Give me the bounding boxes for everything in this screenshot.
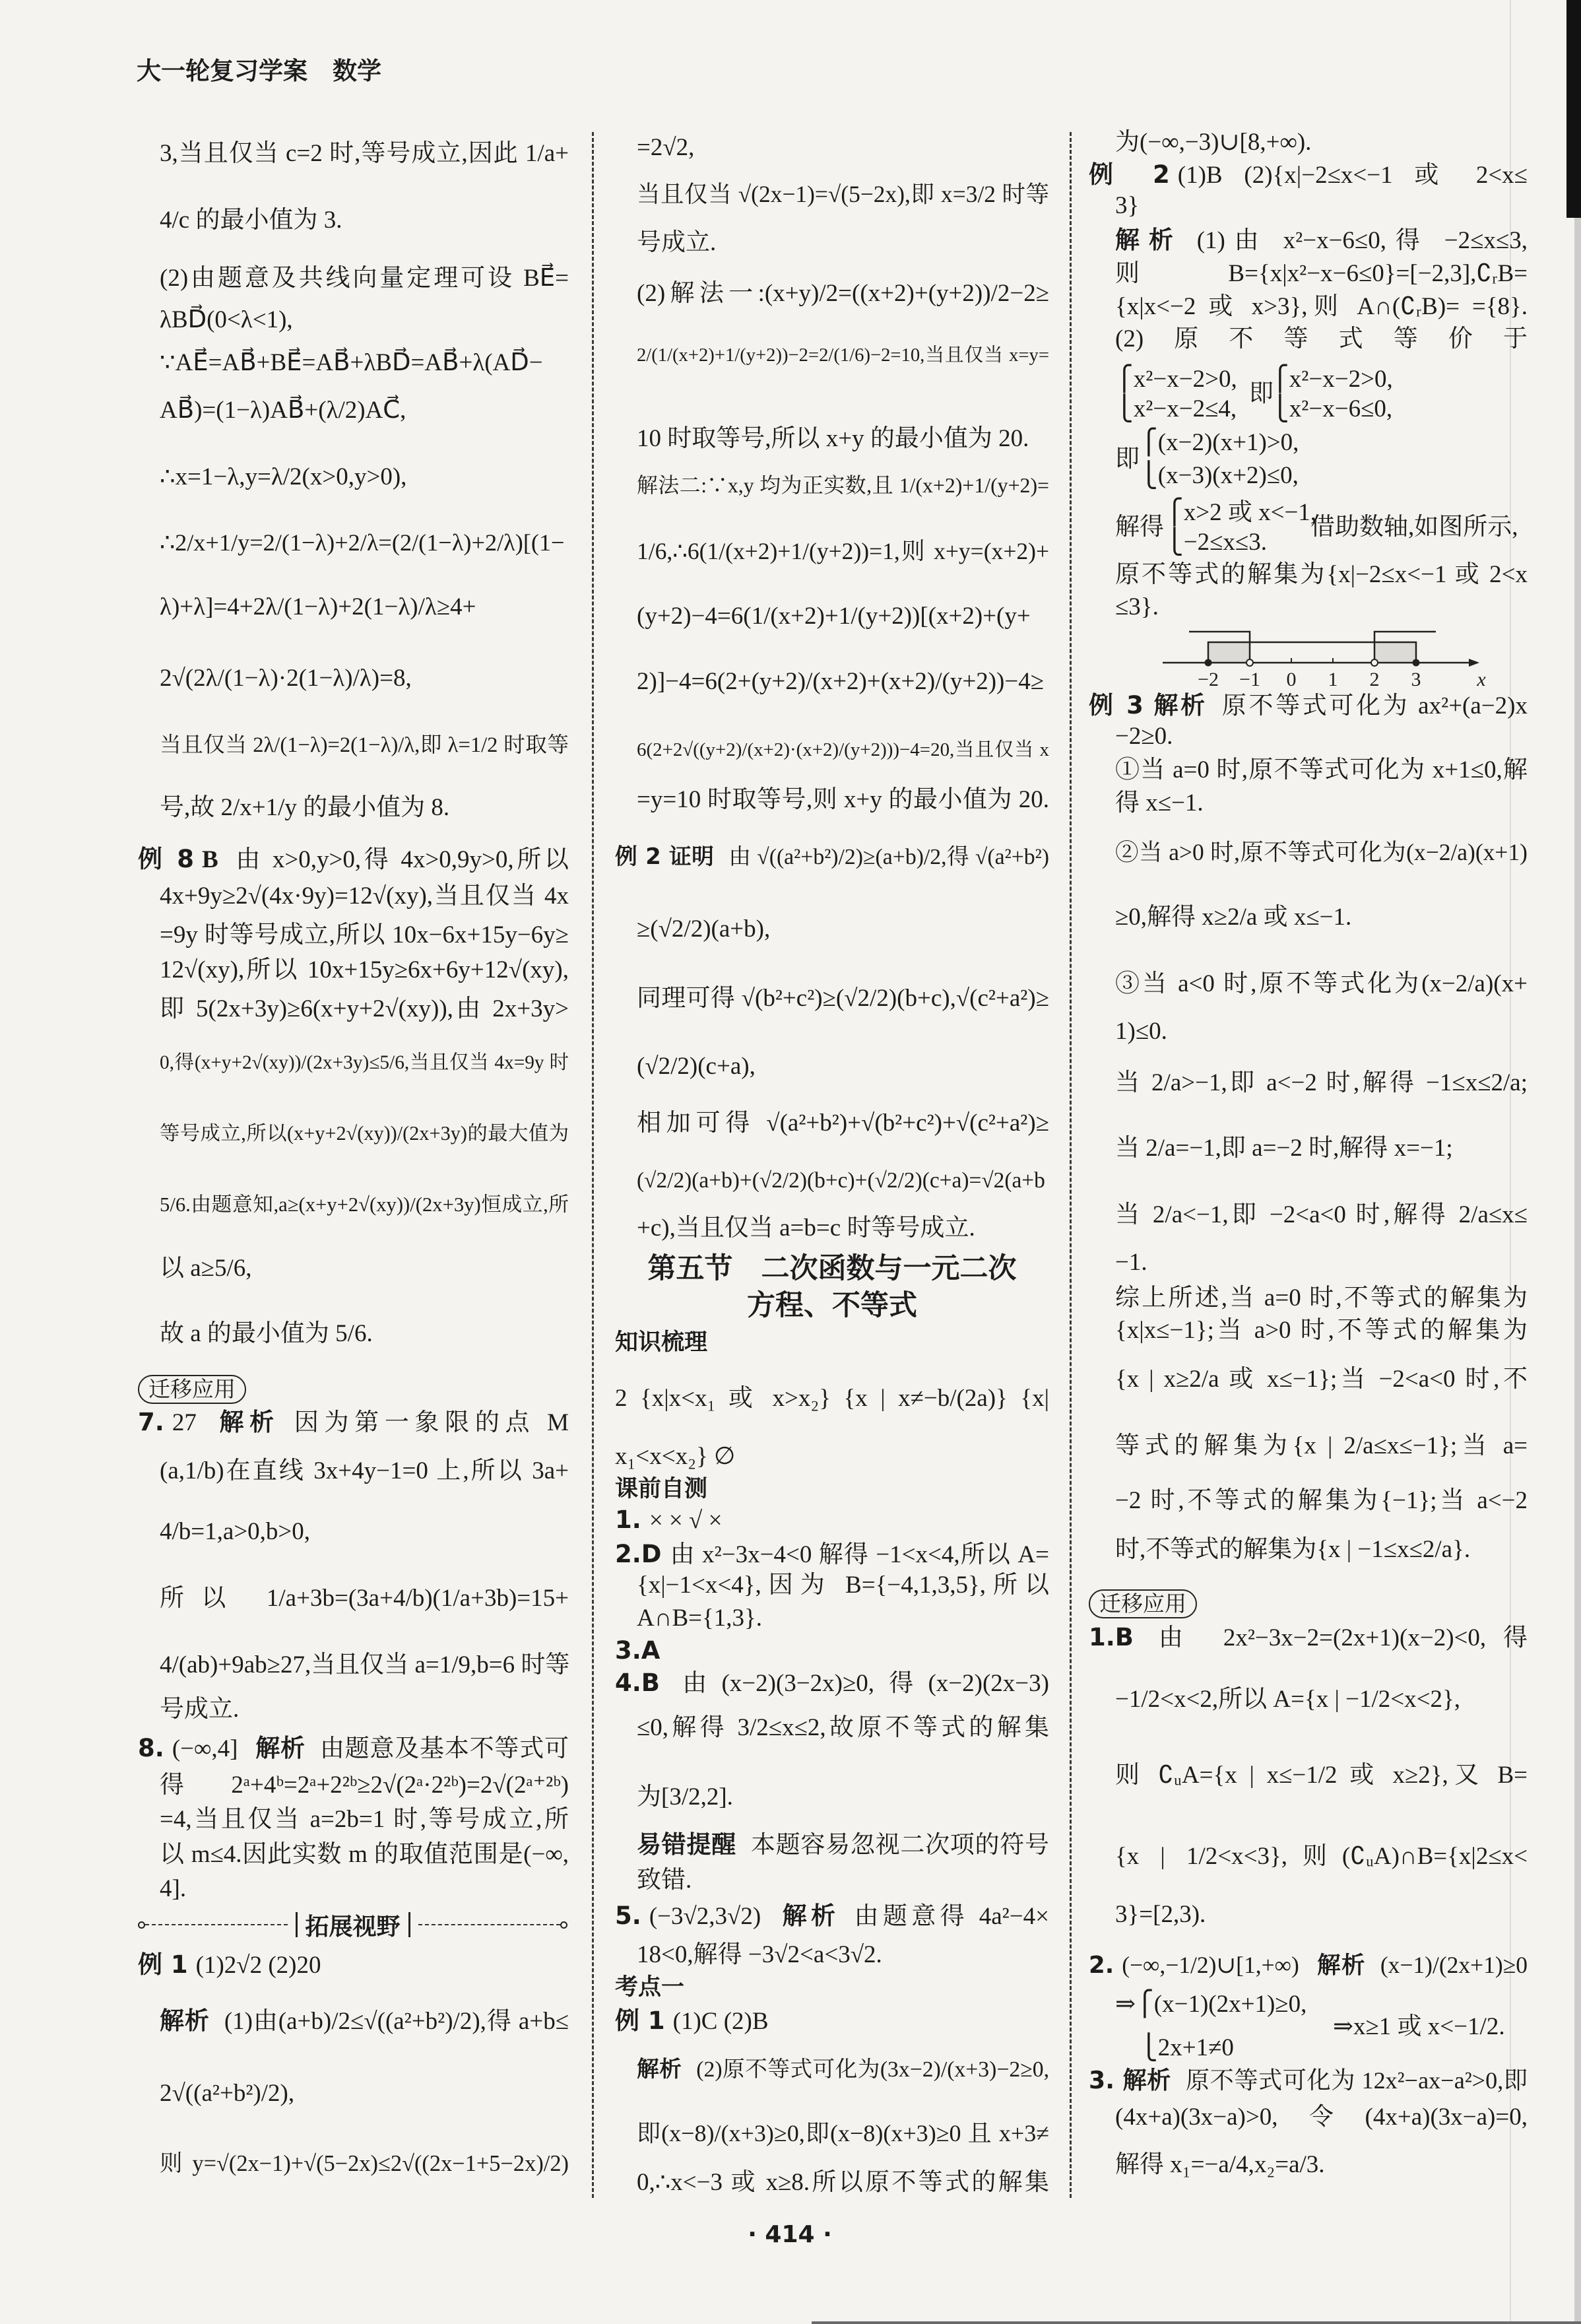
text-line: 得 x≤−1. bbox=[1115, 785, 1528, 821]
line-text: 由 x²−3x−4<0 解得 −1<x<4,所以 A= bbox=[670, 1541, 1049, 1568]
analysis-tag: 解析 bbox=[778, 1902, 839, 1930]
item-label: 7. bbox=[138, 1408, 164, 1436]
inequality-system-row: ⎧(x−2)(x+1)>0, bbox=[1140, 425, 1299, 461]
text-fragment: 解得 bbox=[1115, 510, 1164, 545]
item-label: 例 2 bbox=[615, 844, 661, 869]
error-reminder-tag: 易错提醒 bbox=[637, 1830, 736, 1859]
text-line: ③当 a<0 时,原不等式化为(x−2/a)(x+ bbox=[1115, 966, 1528, 1002]
text-line: 则 B={x|x²−x−6≤0}=[−2,3],∁ᵣB= bbox=[1115, 256, 1528, 292]
text-line: ∴x=1−λ,y=λ/2(x>0,y>0), bbox=[160, 459, 569, 495]
line-text: × × √ × bbox=[649, 1507, 723, 1534]
text-line: ①当 a=0 时,原不等式可化为 x+1≤0,解 bbox=[1115, 752, 1528, 788]
text-line: 6(2+2√((y+2)/(x+2)·(x+2)/(y+2)))−4=20,当且… bbox=[637, 732, 1049, 768]
text-line: (4x+a)(3x−a)>0,令(4x+a)(3x−a)=0, bbox=[1115, 2100, 1528, 2135]
line-text: 本题容易忽视二次项的符号 bbox=[751, 1832, 1049, 1859]
text-line: 当且仅当 2λ/(1−λ)=2(1−λ)/λ,即 λ=1/2 时取等 bbox=[160, 727, 569, 763]
text-line: =y=10 时取等号,则 x+y 的最小值为 20. bbox=[637, 782, 1049, 818]
text-line: 1)≤0. bbox=[1115, 1014, 1528, 1049]
item-label: 例 1 bbox=[615, 2007, 665, 2035]
line-text: 由 2x²−3x−2=(2x+1)(x−2)<0,得 bbox=[1142, 1624, 1528, 1651]
analysis-tag: 解析 bbox=[1122, 2066, 1171, 2094]
text-line: 3}=[2,3). bbox=[1115, 1897, 1528, 1933]
answer: B bbox=[202, 846, 218, 873]
text-line: 18<0,解得 −3√2<a<3√2. bbox=[637, 1937, 1049, 1973]
text-line: 则 y=√(2x−1)+√(5−2x)≤2√((2x−1+5−2x)/2) bbox=[160, 2146, 569, 2181]
text-line: 4]. bbox=[160, 1871, 569, 1907]
text-line: 故 a 的最小值为 5/6. bbox=[160, 1316, 569, 1352]
answer-line: 2.(−∞,−1/2)∪[1,+∞)解析(x−1)/(2x+1)≥0 bbox=[1089, 1947, 1528, 1983]
text-line: (2)由题意及共线向量定理可设 BE⃗= bbox=[160, 261, 569, 296]
text-line: +c),当且仅当 a=b=c 时等号成立. bbox=[637, 1211, 1049, 1246]
text-fragment: ⇒x≥1 或 x<−1/2. bbox=[1333, 2009, 1505, 2045]
line-text: (x−1)/(2x+1)≥0 bbox=[1380, 1952, 1528, 1978]
text-line: 同理可得 √(b²+c²)≥(√2/2)(b+c),√(c²+a²)≥ bbox=[637, 981, 1049, 1016]
line-text: 原不等式可化为 ax²+(a−2)x bbox=[1222, 692, 1528, 719]
inequality-system-row: ⇒⎧(x−1)(2x+1)≥0, bbox=[1115, 1987, 1307, 2022]
answer-line: 例 1(1)C (2)B bbox=[615, 2003, 1049, 2039]
text-line: 2√((a²+b²)/2), bbox=[160, 2076, 569, 2111]
answer-line: 7.27解析因为第一象限的点 M bbox=[138, 1405, 569, 1440]
answer-line: 1.× × √ × bbox=[615, 1502, 1049, 1538]
item-label: 1.B bbox=[1089, 1623, 1134, 1651]
text-line: 号成立. bbox=[160, 1692, 569, 1727]
answer-line: 易错提醒本题容易忽视二次项的符号 bbox=[637, 1827, 1049, 1863]
text-line: 为[3/2,2]. bbox=[637, 1779, 1049, 1815]
open-point-icon bbox=[1246, 659, 1253, 666]
axis-arrow-icon bbox=[1469, 659, 1479, 667]
text-line: 致错. bbox=[637, 1863, 1049, 1898]
text-line: (a,1/b)在直线 3x+4y−1=0 上,所以 3a+ bbox=[160, 1453, 569, 1489]
analysis-tag: 解析 bbox=[1115, 226, 1182, 254]
text-line: 4/(ab)+9ab≥27,当且仅当 a=1/9,b=6 时等 bbox=[160, 1647, 569, 1683]
item-label: 4.B bbox=[615, 1669, 660, 1697]
text-line: A∩B={1,3}. bbox=[637, 1601, 1049, 1636]
inequality-system-row: ⎩x²−x−2≤4, bbox=[1115, 391, 1237, 427]
divider-end-circle bbox=[560, 1921, 567, 1929]
text-line: 0,∴x<−3 或 x≥8.所以原不等式的解集 bbox=[637, 2165, 1049, 2201]
text-line: =2√2, bbox=[637, 130, 1049, 166]
expand-horizon-divider: 拓展视野 bbox=[138, 1910, 567, 1939]
answer-line: 例 3解析原不等式可化为 ax²+(a−2)x bbox=[1089, 688, 1528, 723]
text-line: 当 2/a>−1,即 a<−2 时,解得 −1≤x≤2/a; bbox=[1115, 1065, 1528, 1101]
text-line: (2)解法一:(x+y)/2=((x+2)+(y+2))/2−2≥ bbox=[637, 276, 1049, 312]
proof-tag: 证明 bbox=[669, 844, 715, 869]
inequality-system-row: ⎩(x−3)(x+2)≤0, bbox=[1140, 458, 1299, 494]
transfer-application-badge: 迁移应用 bbox=[138, 1375, 246, 1404]
text-line: 号成立. bbox=[637, 225, 1049, 261]
solution-shading bbox=[1208, 642, 1250, 663]
divider-dashed-line bbox=[145, 1924, 288, 1925]
text-line: 时,不等式的解集为{x | −1≤x≤2/a}. bbox=[1115, 1532, 1528, 1568]
section-title: 方程、不等式 bbox=[615, 1288, 1049, 1323]
answer: 27 bbox=[172, 1409, 197, 1436]
inequality-system-row: ⎩−2≤x≤3. bbox=[1165, 525, 1267, 560]
text-line: 得 2ᵃ+4ᵇ=2ᵃ+2²ᵇ≥2√(2ᵃ·2²ᵇ)=2√(2ᵃ⁺²ᵇ) bbox=[160, 1768, 569, 1803]
answer-line: 2.D由 x²−3x−4<0 解得 −1<x<4,所以 A= bbox=[615, 1537, 1049, 1572]
section-title: 第五节 二次函数与一元二次 bbox=[615, 1251, 1049, 1286]
analysis-tag: 解析 bbox=[1316, 1952, 1366, 1979]
line-text: 由(x−2)(3−2x)≥0,得(x−2)(2x−3) bbox=[668, 1670, 1049, 1697]
line-text: (1)由 x²−x−6≤0,得 −2≤x≤3, bbox=[1197, 227, 1528, 254]
text-fragment: 借助数轴,如图所示, bbox=[1310, 510, 1518, 545]
subsection-heading: 课前自测 bbox=[615, 1471, 1049, 1507]
answer-line: 4.B由(x−2)(3−2x)≥0,得(x−2)(2x−3) bbox=[615, 1665, 1049, 1701]
text-line: =9y 时等号成立,所以 10x−6x+15y−6y≥ bbox=[160, 917, 569, 953]
open-point-icon bbox=[1371, 659, 1378, 666]
item-label: 例 1 bbox=[138, 1950, 188, 1979]
answer-line: 5.(−3√2,3√2)解析由题意得 4a²−4× bbox=[615, 1898, 1049, 1934]
subsection-heading: 知识梳理 bbox=[615, 1325, 1049, 1360]
column-left: 3,当且仅当 c=2 时,等号成立,因此 1/a+ 4/c 的最小值为 3. (… bbox=[138, 0, 569, 2324]
answer: (−∞,−1/2)∪[1,+∞) bbox=[1122, 1952, 1299, 1978]
line-text: (1)B (2){x|−2≤x<−1 或 2<x≤ bbox=[1178, 162, 1528, 189]
text-fragment: 即 bbox=[1115, 442, 1140, 477]
text-line: 2/(1/(x+2)+1/(y+2))−2=2/(1/6)−2=10,当且仅当 … bbox=[637, 338, 1049, 374]
answer-line: 3.解析原不等式可化为 12x²−ax−a²>0,即 bbox=[1089, 2063, 1528, 2098]
text-line: 4/c 的最小值为 3. bbox=[160, 203, 569, 238]
text-line: (√2/2)(c+a), bbox=[637, 1049, 1049, 1084]
line-text: (1)2√2 (2)20 bbox=[196, 1952, 321, 1979]
text-line: ∵AE⃗=AB⃗+BE⃗=AB⃗+λBD⃗=AB⃗+λ(AD⃗− bbox=[160, 345, 569, 381]
line-text: 原不等式可化为 12x²−ax−a²>0,即 bbox=[1186, 2067, 1528, 2094]
inequality-system-row: ⎩x²−x−6≤0, bbox=[1271, 391, 1392, 427]
item-label: 8. bbox=[138, 1734, 164, 1762]
text-fragment: 即 bbox=[1249, 376, 1274, 412]
text-line: 原不等式的解集为{x|−2≤x<−1 或 2<x bbox=[1115, 557, 1528, 593]
text-line: ≤0,解得 3/2≤x≤2,故原不等式的解集 bbox=[637, 1710, 1049, 1746]
answer-line: 解析(1)由 x²−x−6≤0,得 −2≤x≤3, bbox=[1115, 222, 1528, 258]
text-line: −2 时,不等式的解集为{−1};当 a<−2 bbox=[1115, 1483, 1528, 1519]
text-line: 2√(2λ/(1−λ)·2(1−λ)/λ)=8, bbox=[160, 661, 569, 696]
text-line: 以 a≥5/6, bbox=[160, 1251, 569, 1286]
text-line: {x|−1<x<4},因为 B={−4,1,3,5},所以 bbox=[637, 1568, 1049, 1603]
column-right: 为(−∞,−3)∪[8,+∞). 例 2(1)B (2){x|−2≤x<−1 或… bbox=[1089, 0, 1528, 2324]
answer-line: 例 8B由 x>0,y>0,得 4x>0,9y>0,所以 bbox=[138, 842, 569, 877]
page-number: · 414 · bbox=[691, 2219, 889, 2251]
text-line: 3} bbox=[1115, 188, 1528, 224]
line-text: 由 x>0,y>0,得 4x>0,9y>0,所以 bbox=[233, 846, 569, 873]
text-line: 为(−∞,−3)∪[8,+∞). bbox=[1115, 125, 1528, 160]
answer-line: 1.B由 2x²−3x−2=(2x+1)(x−2)<0,得 bbox=[1089, 1620, 1528, 1655]
line-text: (1)由(a+b)/2≤√((a²+b²)/2),得 a+b≤ bbox=[224, 2008, 569, 2035]
text-line: λBD⃗(0<λ<1), bbox=[160, 302, 569, 338]
inequality-system-row: ⎩2x+1≠0 bbox=[1140, 2030, 1234, 2066]
analysis-tag: 解析 bbox=[1151, 691, 1208, 719]
text-line: −1/2<x<2,所以 A={x | −1/2<x<2}, bbox=[1115, 1682, 1528, 1717]
text-line: ②当 a>0 时,原不等式可化为(x−2/a)(x+1) bbox=[1115, 834, 1528, 870]
item-label: 3. bbox=[1089, 2066, 1114, 2094]
text-line: 综上所述,当 a=0 时,不等式的解集为 bbox=[1115, 1280, 1528, 1316]
text-line: 4/b=1,a>0,b>0, bbox=[160, 1514, 569, 1550]
text-line: =4,当且仅当 a=2b=1 时,等号成立,所 bbox=[160, 1802, 569, 1838]
divider-bar bbox=[296, 1912, 298, 1937]
subsection-heading: 考点一 bbox=[615, 1970, 1049, 2005]
text-line: 12√(xy),所以 10x+15y≥6x+6y+12√(xy), bbox=[160, 952, 569, 988]
divider-bar bbox=[408, 1912, 410, 1937]
line-text: (1)C (2)B bbox=[673, 2008, 769, 2035]
answer: (−∞,4] bbox=[172, 1735, 238, 1762]
text-line: ≥0,解得 x≥2/a 或 x≤−1. bbox=[1115, 900, 1528, 935]
item-label: 例 2 bbox=[1089, 160, 1170, 189]
item-label: 例 3 bbox=[1089, 691, 1144, 719]
divider-label: 拓展视野 bbox=[306, 1908, 401, 1942]
item-label: 3.A bbox=[615, 1636, 660, 1665]
number-line-diagram: −2 −1 0 1 2 3 x bbox=[1148, 617, 1504, 693]
answer-line: 解析(1)由(a+b)/2≤√((a²+b²)/2),得 a+b≤ bbox=[160, 2003, 569, 2039]
text-line: AB⃗)=(1−λ)AB⃗+(λ/2)AC⃗, bbox=[160, 393, 569, 428]
text-line: (√2/2)(a+b)+(√2/2)(b+c)+(√2/2)(c+a)=√2(a… bbox=[637, 1163, 1049, 1199]
line-text: 因为第一象限的点 M bbox=[294, 1409, 569, 1436]
answer: (−3√2,3√2) bbox=[649, 1903, 761, 1930]
column-separator bbox=[1070, 132, 1072, 2198]
answer-line: 8.(−∞,4]解析由题意及基本不等式可 bbox=[138, 1731, 569, 1766]
text-line: ∴2/x+1/y=2/(1−λ)+2/λ=(2/(1−λ)+2/λ)[(1− bbox=[160, 525, 569, 560]
divider-dashed-line bbox=[418, 1924, 561, 1925]
answer-line: 3.A bbox=[615, 1633, 1049, 1669]
answer-line: 解析(2)原不等式可化为(3x−2)/(x+3)−2≥0, bbox=[637, 2051, 1049, 2087]
text-line: 号,故 2/x+1/y 的最小值为 8. bbox=[160, 790, 569, 826]
text-line: 1/6,∴6(1/(x+2)+1/(y+2))=1,则 x+y=(x+2)+ bbox=[637, 533, 1049, 569]
text-line: 5/6.由题意知,a≥(x+y+2√(xy))/(2x+3y)恒成立,所 bbox=[160, 1187, 569, 1222]
page: 大一轮复习学案数学 3,当且仅当 c=2 时,等号成立,因此 1/a+ 4/c … bbox=[0, 0, 1581, 2324]
item-label: 1. bbox=[615, 1506, 641, 1534]
scan-edge-strip bbox=[1574, 218, 1581, 2324]
text-line: 解法二:∵x,y 均为正实数,且 1/(x+2)+1/(y+2)= bbox=[637, 468, 1049, 504]
text-line: 2)]−4=6(2+(y+2)/(x+2)+(x+2)/(y+2))−4≥ bbox=[637, 664, 1049, 700]
text-line: 当 2/a=−1,即 a=−2 时,解得 x=−1; bbox=[1115, 1131, 1528, 1166]
text-line: 当且仅当 √(2x−1)=√(5−2x),即 x=3/2 时等 bbox=[637, 176, 1049, 212]
closed-point-icon bbox=[1413, 659, 1420, 667]
column-separator bbox=[592, 132, 594, 2198]
text-line: 3,当且仅当 c=2 时,等号成立,因此 1/a+ bbox=[160, 136, 569, 172]
text-line: −2≥0. bbox=[1115, 719, 1528, 754]
text-line: 2 {x|x<x₁ 或 x>x₂} {x | x≠−b/(2a)} {x| bbox=[615, 1381, 1049, 1416]
analysis-tag: 解析 bbox=[255, 1734, 305, 1762]
line-text: 由题意得 4a²−4× bbox=[854, 1903, 1049, 1930]
text-line: (y+2)−4=6(1/(x+2)+1/(y+2))[(x+2)+(y+ bbox=[637, 599, 1049, 634]
text-line: 等式的解集为{x | 2/a≤x≤−1};当 a= bbox=[1115, 1428, 1528, 1464]
text-line: 10 时取等号,所以 x+y 的最小值为 20. bbox=[637, 421, 1049, 457]
analysis-tag: 解析 bbox=[214, 1408, 280, 1436]
text-line: 当 2/a<−1,即 −2<a<0 时,解得 2/a≤x≤ bbox=[1115, 1197, 1528, 1233]
analysis-tag: 解析 bbox=[160, 2007, 210, 2035]
line-text: (2)原不等式可化为(3x−2)/(x+3)−2≥0, bbox=[696, 2057, 1049, 2082]
transfer-application-badge: 迁移应用 bbox=[1089, 1589, 1197, 1618]
answer-line: 例 2(1)B (2){x|−2≤x<−1 或 2<x≤ bbox=[1089, 157, 1528, 193]
text-line: λ)+λ]=4+2λ/(1−λ)+2(1−λ)/λ≥4+ bbox=[160, 589, 569, 625]
text-line: 则 ∁ᵤA={x | x≤−1/2 或 x≥2},又 B= bbox=[1115, 1758, 1528, 1793]
text-line: 0,得(x+y+2√(xy))/(2x+3y)≤5/6,当且仅当 4x=9y 时 bbox=[160, 1045, 569, 1080]
text-line: 即 5(2x+3y)≥6(x+y+2√(xy)),由 2x+3y> bbox=[160, 991, 569, 1027]
answer-line: 例 1(1)2√2 (2)20 bbox=[138, 1947, 569, 1983]
text-line: 即(x−8)/(x+3)≥0,即(x−8)(x+3)≥0 且 x+3≠ bbox=[637, 2115, 1049, 2151]
text-line: {x | x≥2/a 或 x≤−1};当 −2<a<0 时,不 bbox=[1115, 1362, 1528, 1397]
text-line: {x|x<−2 或 x>3},则 A∩(∁ᵣB)= ={8}. bbox=[1115, 289, 1528, 325]
text-line: 以 m≤4.因此实数 m 的取值范围是(−∞, bbox=[160, 1837, 569, 1873]
column-middle: =2√2, 当且仅当 √(2x−1)=√(5−2x),即 x=3/2 时等 号成… bbox=[615, 0, 1049, 2324]
item-label: 2. bbox=[1089, 1952, 1114, 1979]
closed-point-icon bbox=[1205, 659, 1212, 667]
text-line: x₁<x<x₂} ∅ bbox=[615, 1439, 1049, 1475]
solution-shading bbox=[1374, 642, 1416, 663]
line-text: 由 √((a²+b²)/2)≥(a+b)/2,得 √(a²+b²) bbox=[728, 845, 1049, 869]
text-line: 相加可得 √(a²+b²)+√(b²+c²)+√(c²+a²)≥ bbox=[637, 1106, 1049, 1141]
text-line: 等号成立,所以(x+y+2√(xy))/(2x+3y)的最大值为 bbox=[160, 1115, 569, 1151]
text-line: 解得 x₁=−a/4,x₂=a/3. bbox=[1115, 2147, 1528, 2183]
divider-end-circle bbox=[138, 1921, 145, 1929]
text-line: {x|x≤−1};当 a>0 时,不等式的解集为 bbox=[1115, 1313, 1528, 1348]
text-line: 所以 1/a+3b=(3a+4/b)(1/a+3b)=15+ bbox=[160, 1581, 569, 1616]
text-line: ≥(√2/2)(a+b), bbox=[637, 912, 1049, 947]
text-line: 4x+9y≥2√(4x·9y)=12√(xy),当且仅当 4x bbox=[160, 879, 569, 914]
text-line: {x | 1/2<x<3},则(∁ᵤA)∩B={x|2≤x< bbox=[1115, 1839, 1528, 1875]
item-label: 2.D bbox=[615, 1540, 662, 1568]
analysis-tag: 解析 bbox=[637, 2056, 682, 2082]
item-label: 例 8 bbox=[138, 845, 194, 873]
text-line: −1. bbox=[1115, 1245, 1528, 1280]
scan-edge-shadow bbox=[1566, 0, 1581, 218]
answer-line: 例 2证明由 √((a²+b²)/2)≥(a+b)/2,得 √(a²+b²) bbox=[615, 839, 1049, 875]
text-line: (2)原不等式等价于 bbox=[1115, 321, 1528, 357]
line-text: 由题意及基本不等式可 bbox=[320, 1735, 569, 1762]
item-label: 5. bbox=[615, 1902, 641, 1930]
